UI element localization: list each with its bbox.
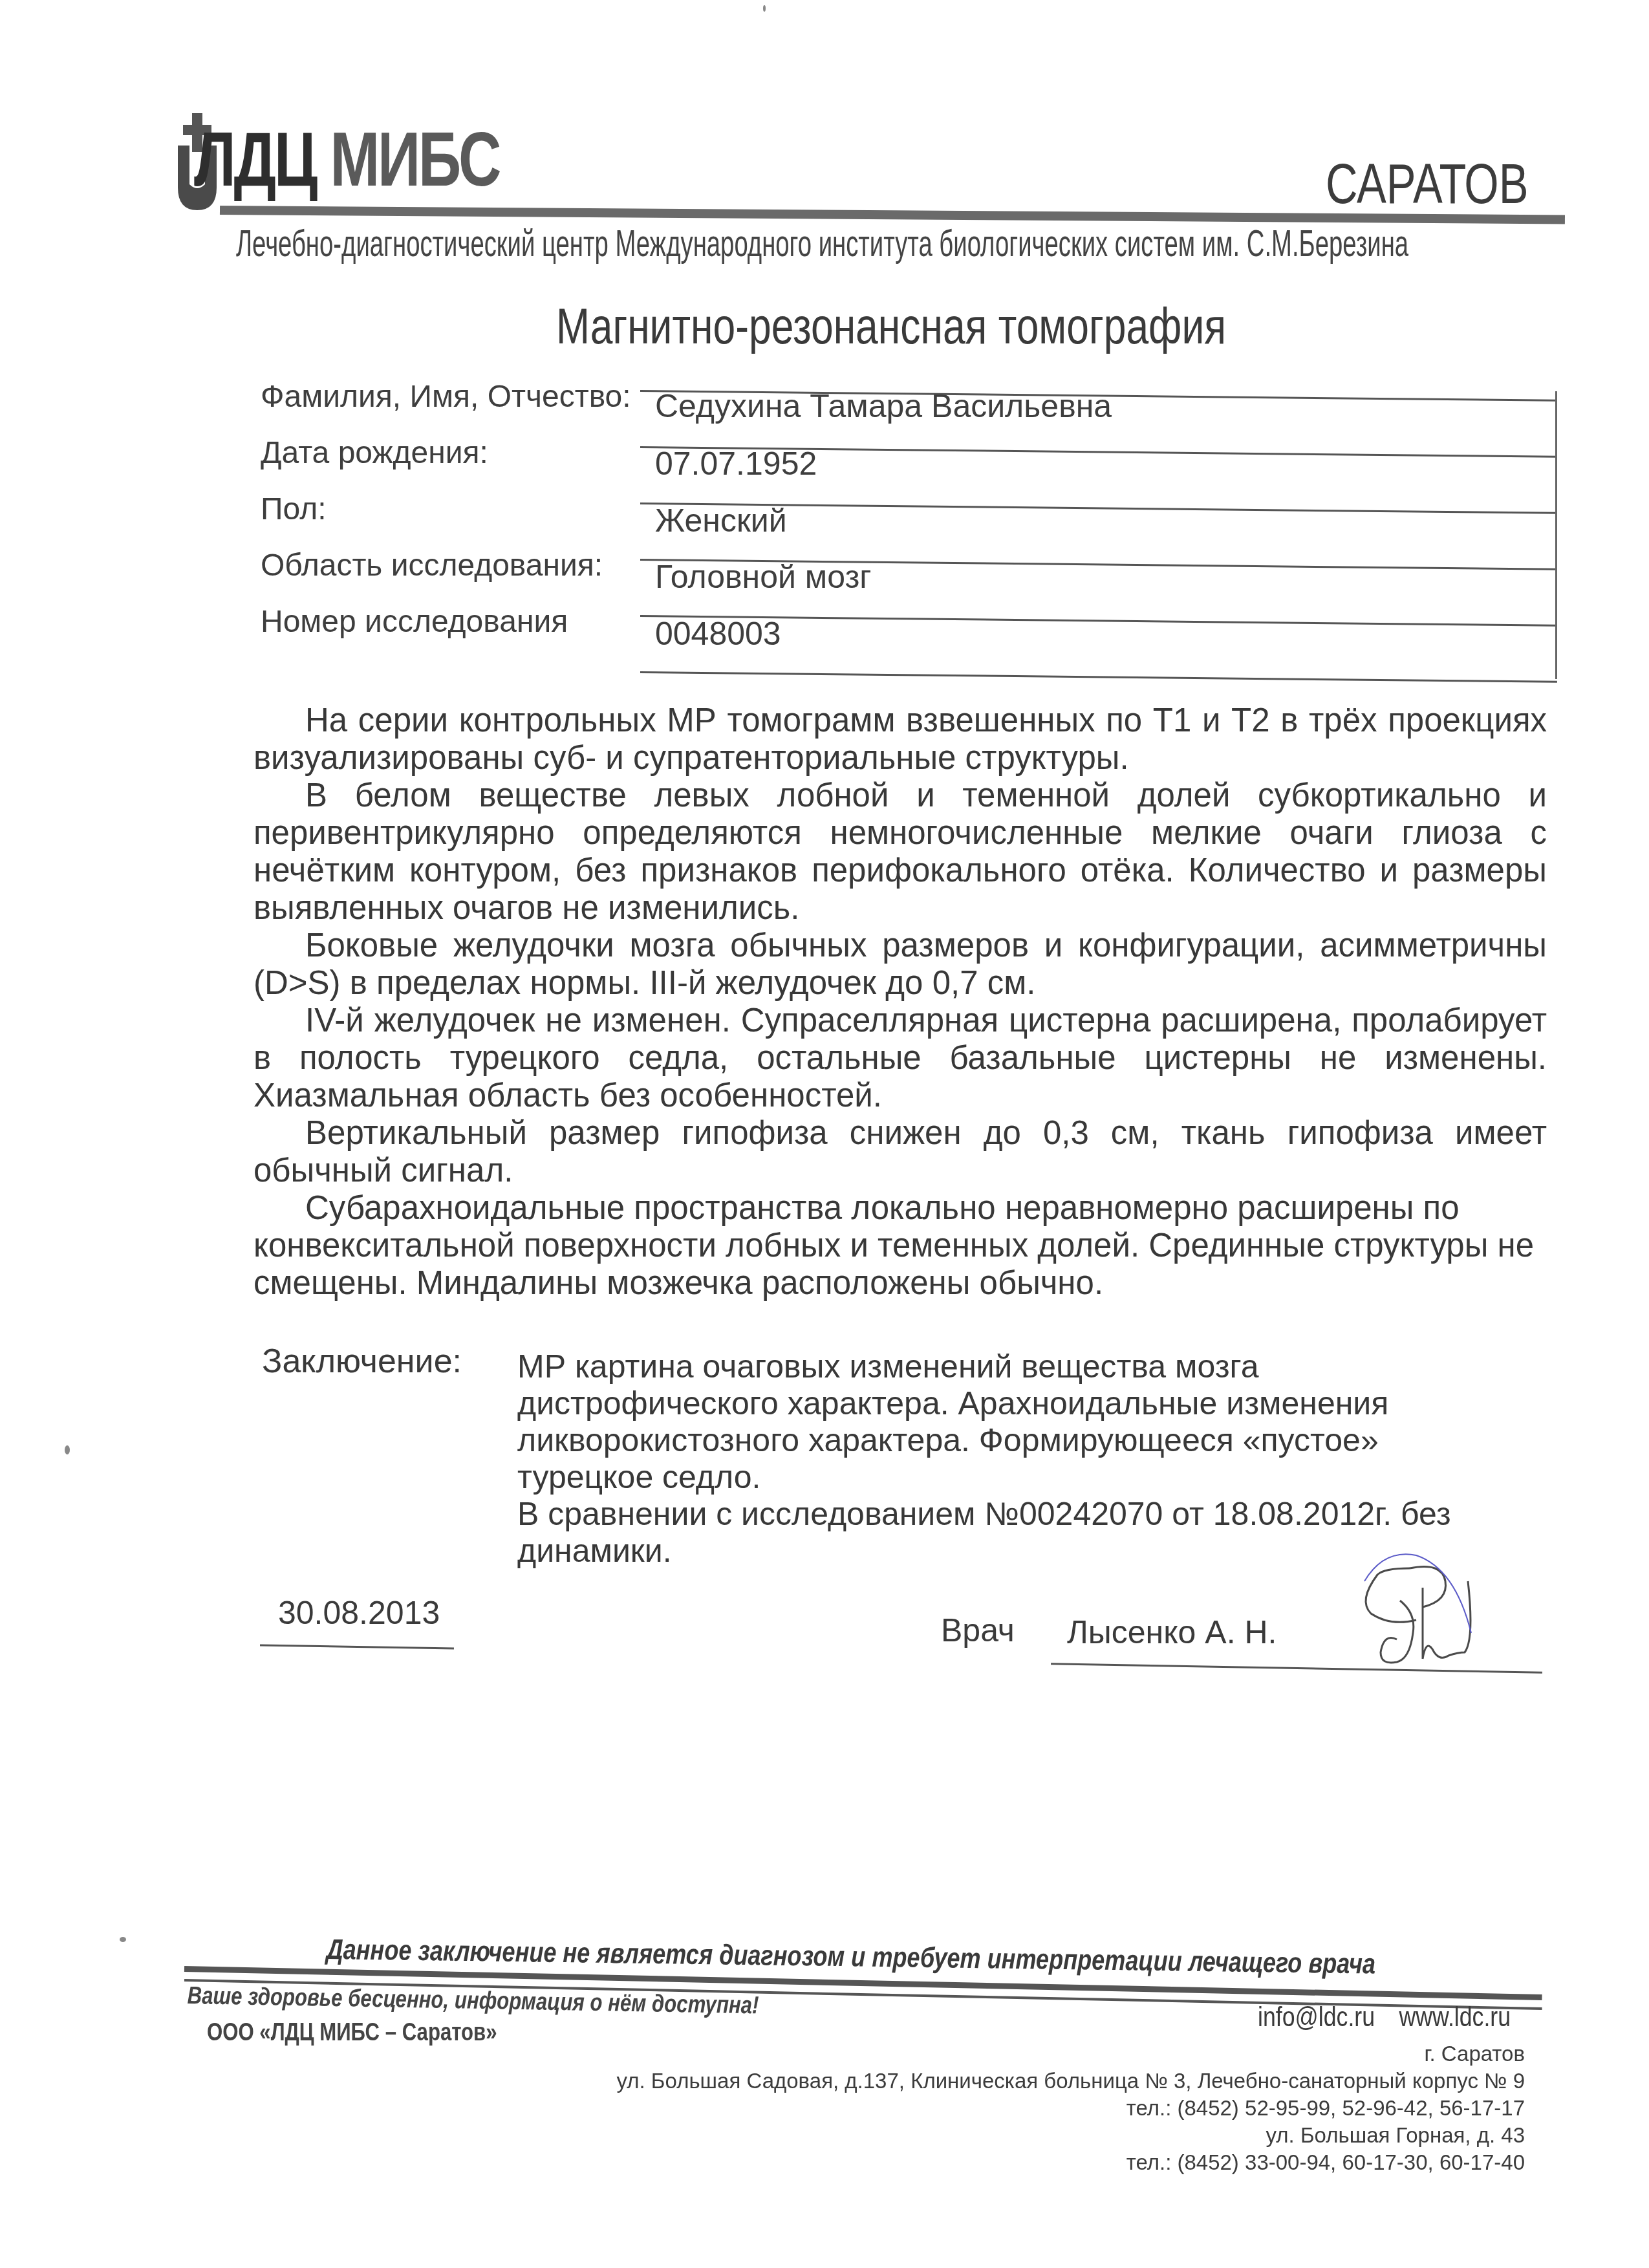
header-city: САРАТОВ xyxy=(1326,155,1528,212)
conclusion-line: дистрофического характера. Арахноидальны… xyxy=(517,1385,1487,1422)
logo-wordmark: ЛДЦ МИБС xyxy=(194,122,499,198)
doctor-role: Врач xyxy=(941,1612,1015,1649)
logo-ldc: ЛДЦ xyxy=(194,117,316,202)
info-label-region: Область исследования: xyxy=(261,550,603,581)
address-line: тел.: (8452) 52-95-99, 52-96-42, 56-17-1… xyxy=(616,2095,1525,2122)
scan-speck xyxy=(120,1937,126,1942)
finding-paragraph: В белом веществе левых лобной и теменной… xyxy=(253,777,1547,927)
address-line: тел.: (8452) 33-00-94, 60-17-30, 60-17-4… xyxy=(616,2149,1525,2176)
info-value-study-number: 0048003 xyxy=(655,618,781,650)
doctor-name: Лысенко А. Н. xyxy=(1067,1614,1277,1651)
header-subtitle: Лечебно-диагностический центр Международ… xyxy=(236,225,1408,263)
document-title: Магнитно-резонансная томография xyxy=(556,301,1226,351)
footer-website[interactable]: www.ldc.ru xyxy=(1399,2002,1511,2032)
address-line: ул. Большая Садовая, д.137, Клиническая … xyxy=(616,2068,1525,2095)
info-label-study-number: Номер исследования xyxy=(261,607,568,638)
report-date: 30.08.2013 xyxy=(278,1594,440,1632)
info-border-right xyxy=(1555,391,1557,679)
scan-speck xyxy=(763,5,766,12)
info-value-region: Головной мозг xyxy=(655,561,872,593)
footer-company: ООО «ЛДЦ МИБС – Саратов» xyxy=(207,2019,497,2047)
info-label-birthdate: Дата рождения: xyxy=(261,438,488,469)
date-underline xyxy=(260,1644,454,1649)
footer-slogan: Ваше здоровье бесценно, информация о нём… xyxy=(187,1982,759,2020)
conclusion-text: МР картина очаговых изменений вещества м… xyxy=(517,1348,1487,1570)
info-value-name: Седухина Тамара Васильевна xyxy=(655,390,1112,422)
conclusion-label: Заключение: xyxy=(262,1342,462,1381)
info-value-birthdate: 07.07.1952 xyxy=(655,448,817,480)
address-line: г. Саратов xyxy=(616,2040,1525,2068)
footer-email[interactable]: info@ldc.ru xyxy=(1258,2002,1375,2032)
scan-speck xyxy=(65,1445,70,1454)
finding-paragraph: IV-й желудочек не изменен. Супраселлярна… xyxy=(253,1002,1547,1114)
findings-body: На серии контрольных МР томограмм взвеше… xyxy=(253,702,1547,1302)
info-divider xyxy=(640,671,1557,683)
info-label-name: Фамилия, Имя, Отчество: xyxy=(261,382,631,413)
conclusion-line: турецкое седло. xyxy=(517,1459,1487,1496)
info-value-sex: Женский xyxy=(655,504,787,537)
conclusion-line: ликворокистозного характера. Формирующее… xyxy=(517,1422,1487,1459)
conclusion-line: динамики. xyxy=(517,1533,1487,1570)
conclusion-line: В сравнении с исследованием №00242070 от… xyxy=(517,1496,1487,1533)
info-label-sex: Пол: xyxy=(261,494,326,525)
signature-icon xyxy=(1345,1542,1487,1672)
finding-paragraph: Субарахноидальные пространства локально … xyxy=(253,1189,1547,1302)
finding-paragraph: Вертикальный размер гипофиза снижен до 0… xyxy=(253,1114,1547,1189)
footer-contacts: info@ldc.ruwww.ldc.ru xyxy=(1258,2002,1535,2033)
finding-paragraph: На серии контрольных МР томограмм взвеше… xyxy=(253,702,1547,777)
address-line: ул. Большая Горная, д. 43 xyxy=(616,2122,1525,2149)
logo-mibs: МИБС xyxy=(330,117,499,202)
finding-paragraph: Боковые желудочки мозга обычных размеров… xyxy=(253,927,1547,1002)
conclusion-line: МР картина очаговых изменений вещества м… xyxy=(517,1348,1487,1385)
footer-address: г. Саратов ул. Большая Садовая, д.137, К… xyxy=(616,2040,1525,2176)
